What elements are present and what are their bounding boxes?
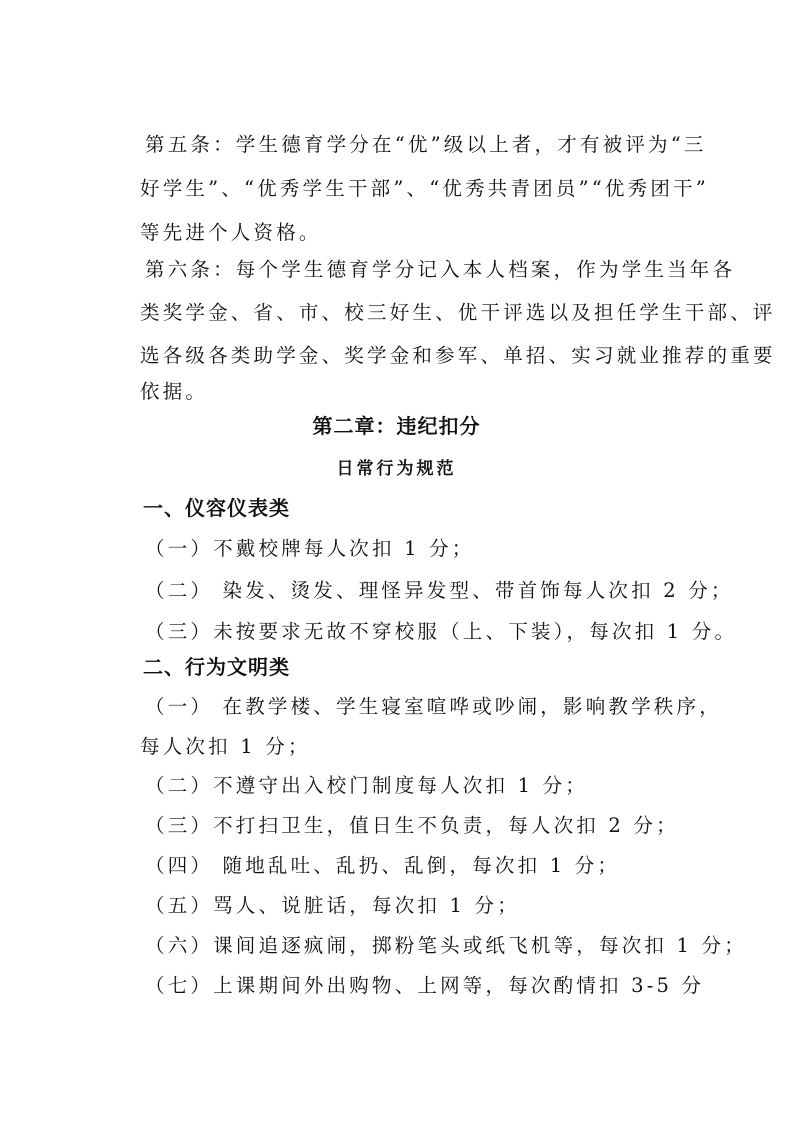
article-6-line-4: 依据。: [140, 378, 208, 406]
section-2-item-6: （六）课间追逐疯闹，掷粉笔头或纸飞机等，每次扣 1 分；: [145, 932, 747, 960]
chapter-title: 第二章：违纪扣分: [0, 412, 793, 440]
section-2-item-5: （五）骂人、说脏话，每次扣 1 分；: [145, 892, 520, 920]
article-6-line-1: 第六条：每个学生德育学分记入本人档案，作为学生当年各: [145, 256, 735, 284]
section-1-item-2: （二） 染发、烫发、理怪异发型、带首饰每人次扣 2 分；: [145, 577, 734, 605]
section-2-title: 二、行为文明类: [143, 653, 290, 681]
section-1-item-3: （三）未按要求无故不穿校服（上、下装），每次扣 1 分。: [145, 618, 737, 646]
section-1-title: 一、仪容仪表类: [143, 494, 290, 522]
section-1-item-1: （一）不戴校牌每人次扣 1 分；: [145, 535, 475, 563]
section-2-item-1-continued: 每人次扣 1 分；: [140, 733, 311, 761]
article-6-line-3: 选各级各类助学金、奖学金和参军、单招、实习就业推荐的重要: [140, 342, 776, 370]
document-page: 第五条：学生德育学分在“优”级以上者，才有被评为“三 好学生”、“优秀学生干部”…: [0, 0, 793, 1122]
article-5-line-3: 等先进个人资格。: [140, 219, 322, 247]
section-2-item-1: （一） 在教学楼、学生寝室喧哗或吵闹，影响教学秩序，: [145, 693, 722, 721]
section-2-item-4: （四） 随地乱吐、乱扔、乱倒，每次扣 1 分；: [145, 852, 620, 880]
article-5-line-2: 好学生”、“优秀学生干部”、“优秀共青团员”“优秀团干”: [140, 175, 709, 203]
section-2-item-2: （二）不遵守出入校门制度每人次扣 1 分；: [145, 772, 588, 800]
section-2-item-7: （七）上课期间外出购物、上网等，每次酌情扣 3-5 分: [145, 972, 704, 1000]
section-2-item-3: （三）不打扫卫生，值日生不负责，每人次扣 2 分；: [145, 812, 679, 840]
chapter-subtitle: 日常行为规范: [0, 456, 793, 482]
article-6-line-2: 类奖学金、省、市、校三好生、优干评选以及担任学生干部、评: [140, 299, 776, 327]
article-5-line-1: 第五条：学生德育学分在“优”级以上者，才有被评为“三: [145, 131, 707, 159]
